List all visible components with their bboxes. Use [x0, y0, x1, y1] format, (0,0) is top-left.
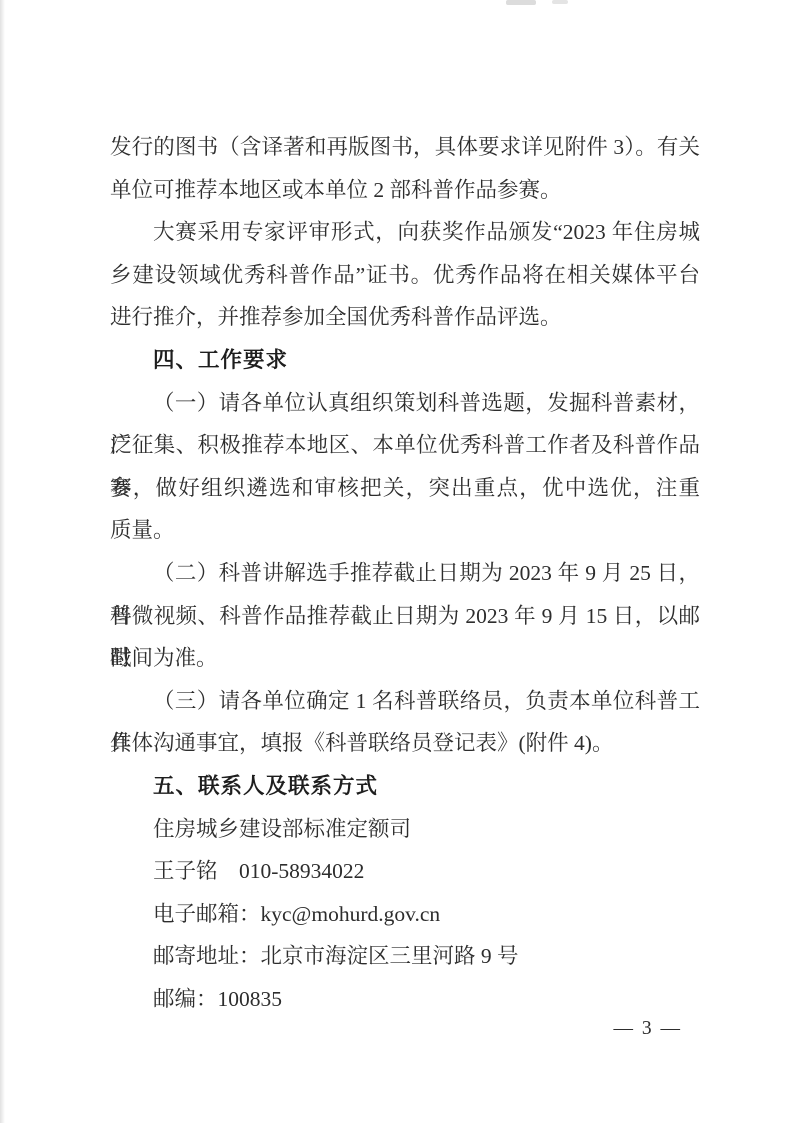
body-line: （一）请各单位认真组织策划科普选题，发掘科普素材，广 [110, 382, 700, 425]
scan-edge-shadow [0, 0, 5, 1123]
scan-smudge [506, 0, 536, 5]
body-line: 赛，做好组织遴选和审核把关，突出重点，优中选优，注重 [110, 467, 700, 510]
body-line: 时间为准。 [110, 637, 700, 680]
contact-postcode: 邮编：100835 [110, 978, 700, 1021]
contact-department: 住房城乡建设部标准定额司 [110, 808, 700, 851]
body-line: （二）科普讲解选手推荐截止日期为 2023 年 9 月 25 日，科 [110, 552, 700, 595]
page-number: — 3 — [614, 1018, 683, 1040]
body-line: 泛征集、积极推荐本地区、本单位优秀科普工作者及科普作品参 [110, 424, 700, 467]
body-line: 发行的图书（含译著和再版图书，具体要求详见附件 3）。有关 [110, 126, 700, 169]
body-line: 质量。 [110, 509, 700, 552]
body-line: 乡建设领域优秀科普作品”证书。优秀作品将在相关媒体平台 [110, 254, 700, 297]
section-heading-contact: 五、联系人及联系方式 [110, 765, 700, 808]
document-page: 发行的图书（含译著和再版图书，具体要求详见附件 3）。有关 单位可推荐本地区或本… [0, 0, 794, 1123]
body-line: 单位可推荐本地区或本单位 2 部科普作品参赛。 [110, 169, 700, 212]
contact-email: 电子邮箱：kyc@mohurd.gov.cn [110, 893, 700, 936]
body-line: 普微视频、科普作品推荐截止日期为 2023 年 9 月 15 日，以邮戳 [110, 595, 700, 638]
contact-address: 邮寄地址：北京市海淀区三里河路 9 号 [110, 935, 700, 978]
body-line: 大赛采用专家评审形式，向获奖作品颁发“2023 年住房城 [110, 211, 700, 254]
contact-person-phone: 王子铭 010-58934022 [110, 850, 700, 893]
body-line: 进行推介，并推荐参加全国优秀科普作品评选。 [110, 296, 700, 339]
document-body: 发行的图书（含译著和再版图书，具体要求详见附件 3）。有关 单位可推荐本地区或本… [110, 126, 700, 1020]
section-heading-work-requirements: 四、工作要求 [110, 339, 700, 382]
scan-smudge [552, 0, 568, 4]
body-line: （三）请各单位确定 1 名科普联络员，负责本单位科普工作 [110, 680, 700, 723]
body-line: 具体沟通事宜，填报《科普联络员登记表》(附件 4)。 [110, 722, 700, 765]
